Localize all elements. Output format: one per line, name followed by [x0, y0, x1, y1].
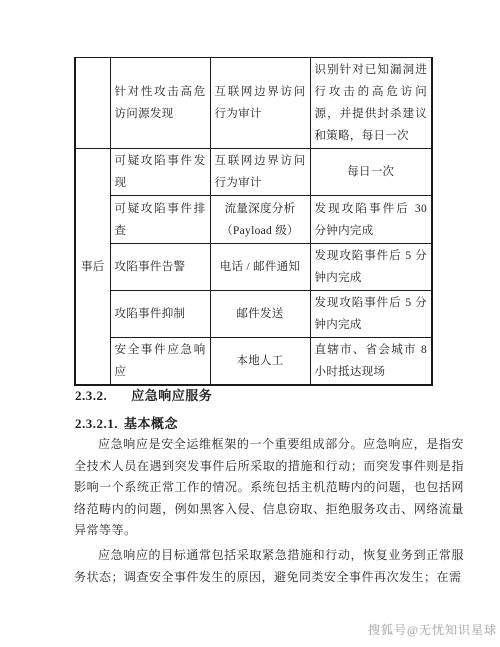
body-text: 应急响应是安全运维框架的一个重要组成部分。应急响应，是指安全技术人员在遇到突发事…: [74, 434, 464, 588]
paragraph: 应急响应是安全运维框架的一个重要组成部分。应急响应，是指安全技术人员在遇到突发事…: [74, 434, 464, 542]
method-cell: 互联网边界访问行为审计: [210, 149, 310, 196]
item-cell: 针对性攻击高危访问源发现: [110, 58, 210, 149]
method-cell: 本地人工: [210, 338, 310, 386]
item-cell: 可疑攻陷事件发现: [110, 149, 210, 196]
table-row: 安全事件应急响应 本地人工 直辖市、省会城市 8 小时抵达现场: [75, 338, 432, 386]
method-cell: 电话 / 邮件通知: [210, 244, 310, 291]
subsection-number: 2.3.2.1.: [75, 416, 118, 431]
method-cell: 互联网边界访问行为审计: [210, 58, 310, 149]
subsection-heading: 2.3.2.1.基本概念: [75, 413, 178, 432]
item-cell: 安全事件应急响应: [110, 338, 210, 386]
item-cell: 攻陷事件告警: [110, 244, 210, 291]
table-row: 事后 可疑攻陷事件发现 互联网边界访问行为审计 每日一次: [75, 149, 432, 196]
sla-cell: 每日一次: [310, 149, 432, 196]
phase-cell-empty: [75, 58, 110, 149]
item-cell: 攻陷事件抑制: [110, 291, 210, 338]
subsection-title: 基本概念: [124, 416, 178, 431]
sla-cell: 发现攻陷事件后 30 分钟内完成: [310, 196, 432, 244]
sla-cell: 直辖市、省会城市 8 小时抵达现场: [310, 338, 432, 386]
section-title: 应急响应服务: [131, 388, 212, 403]
section-number: 2.3.2.: [75, 388, 107, 403]
item-cell: 可疑攻陷事件排查: [110, 196, 210, 244]
table-row: 攻陷事件抑制 邮件发送 发现攻陷事件后 5 分钟内完成: [75, 291, 432, 338]
method-cell: 流量深度分析 （Payload 级）: [210, 196, 310, 244]
paragraph: 应急响应的目标通常包括采取紧急措施和行动，恢复业务到正常服务状态；调查安全事件发…: [74, 545, 464, 588]
phase-cell: 事后: [75, 149, 110, 386]
watermark-text: 搜狐号@无忧知识星球: [368, 621, 497, 638]
method-cell: 邮件发送: [210, 291, 310, 338]
table-row: 针对性攻击高危访问源发现 互联网边界访问行为审计 识别针对已知漏洞进行攻击的高危…: [75, 58, 432, 149]
document-page: 针对性攻击高危访问源发现 互联网边界访问行为审计 识别针对已知漏洞进行攻击的高危…: [0, 0, 500, 647]
sla-cell: 发现攻陷事件后 5 分钟内完成: [310, 291, 432, 338]
sla-cell: 识别针对已知漏洞进行攻击的高危访问源，并提供封杀建议和策略，每日一次: [310, 58, 432, 149]
table-row: 可疑攻陷事件排查 流量深度分析 （Payload 级） 发现攻陷事件后 30 分…: [75, 196, 432, 244]
section-heading: 2.3.2.应急响应服务: [75, 385, 212, 404]
service-sla-table: 针对性攻击高危访问源发现 互联网边界访问行为审计 识别针对已知漏洞进行攻击的高危…: [74, 57, 433, 386]
table-row: 攻陷事件告警 电话 / 邮件通知 发现攻陷事件后 5 分钟内完成: [75, 244, 432, 291]
sla-cell: 发现攻陷事件后 5 分钟内完成: [310, 244, 432, 291]
